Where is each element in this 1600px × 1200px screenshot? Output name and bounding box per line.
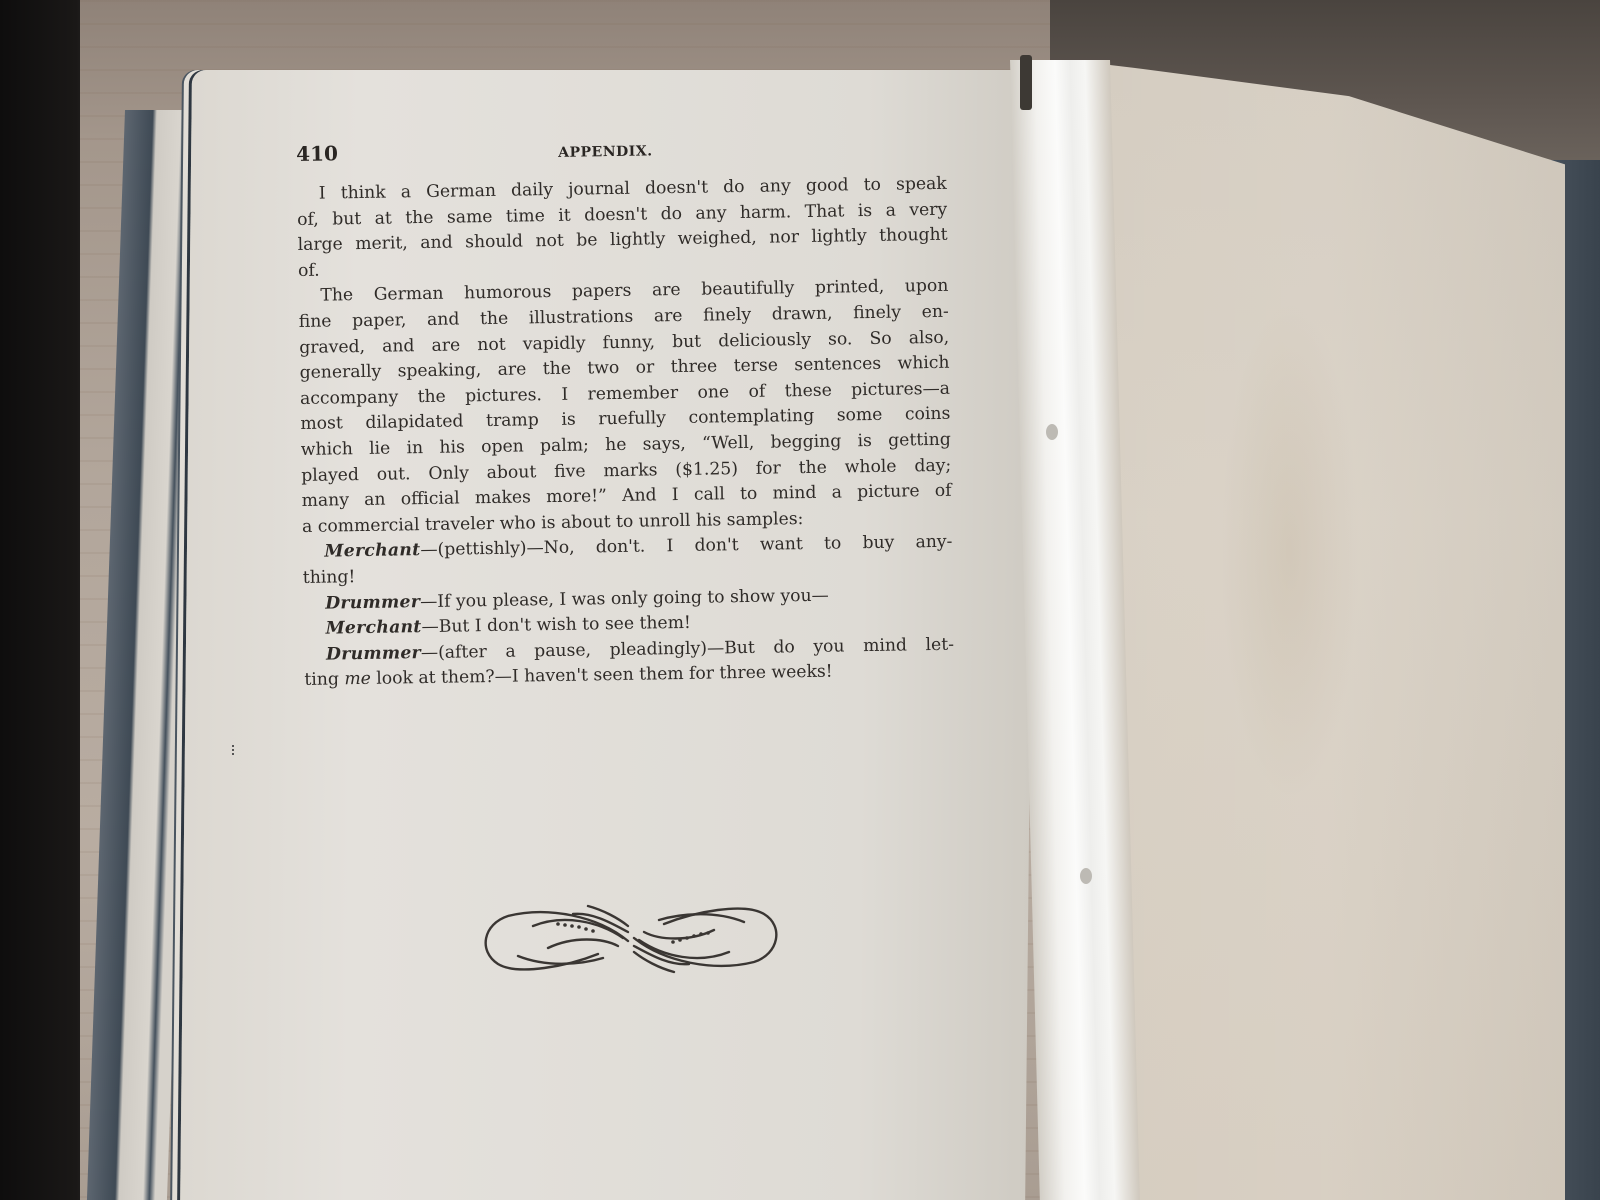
- paper-stain: [1220, 300, 1360, 800]
- margin-mark: [232, 745, 237, 755]
- binding-stitch-hole: [1046, 424, 1058, 440]
- dialogue-text: —But I don't wish to see them!: [421, 613, 691, 637]
- speaker-name: Drummer: [326, 643, 421, 664]
- dialogue-text: look at them?—I haven't seen them for th…: [371, 662, 833, 689]
- speaker-name: Merchant: [324, 540, 420, 562]
- paragraph: The German humorous papers are beautiful…: [298, 274, 952, 540]
- page-text-block: 410 APPENDIX. I think a German daily jou…: [296, 132, 955, 694]
- dialogue-text: —(pettishly)—No, don't. I don't want to …: [420, 532, 952, 560]
- page-number: 410: [296, 138, 558, 168]
- speaker-name: Drummer: [325, 592, 420, 613]
- speaker-name: Merchant: [325, 617, 421, 639]
- dialogue-block: Merchant—(pettishly)—No, don't. I don't …: [302, 530, 954, 694]
- section-title: APPENDIX.: [558, 139, 653, 166]
- paragraph: I think a German daily journal doesn't d…: [297, 172, 949, 285]
- binding-stitch-hole: [1080, 868, 1092, 884]
- binding-tear: [1020, 55, 1032, 110]
- emphasis-text: me: [344, 669, 371, 689]
- scroll-flourish-ornament-icon: [478, 896, 784, 982]
- dialogue-text: —If you please, I was only going to show…: [420, 585, 829, 611]
- dialogue-text: ting: [304, 670, 344, 691]
